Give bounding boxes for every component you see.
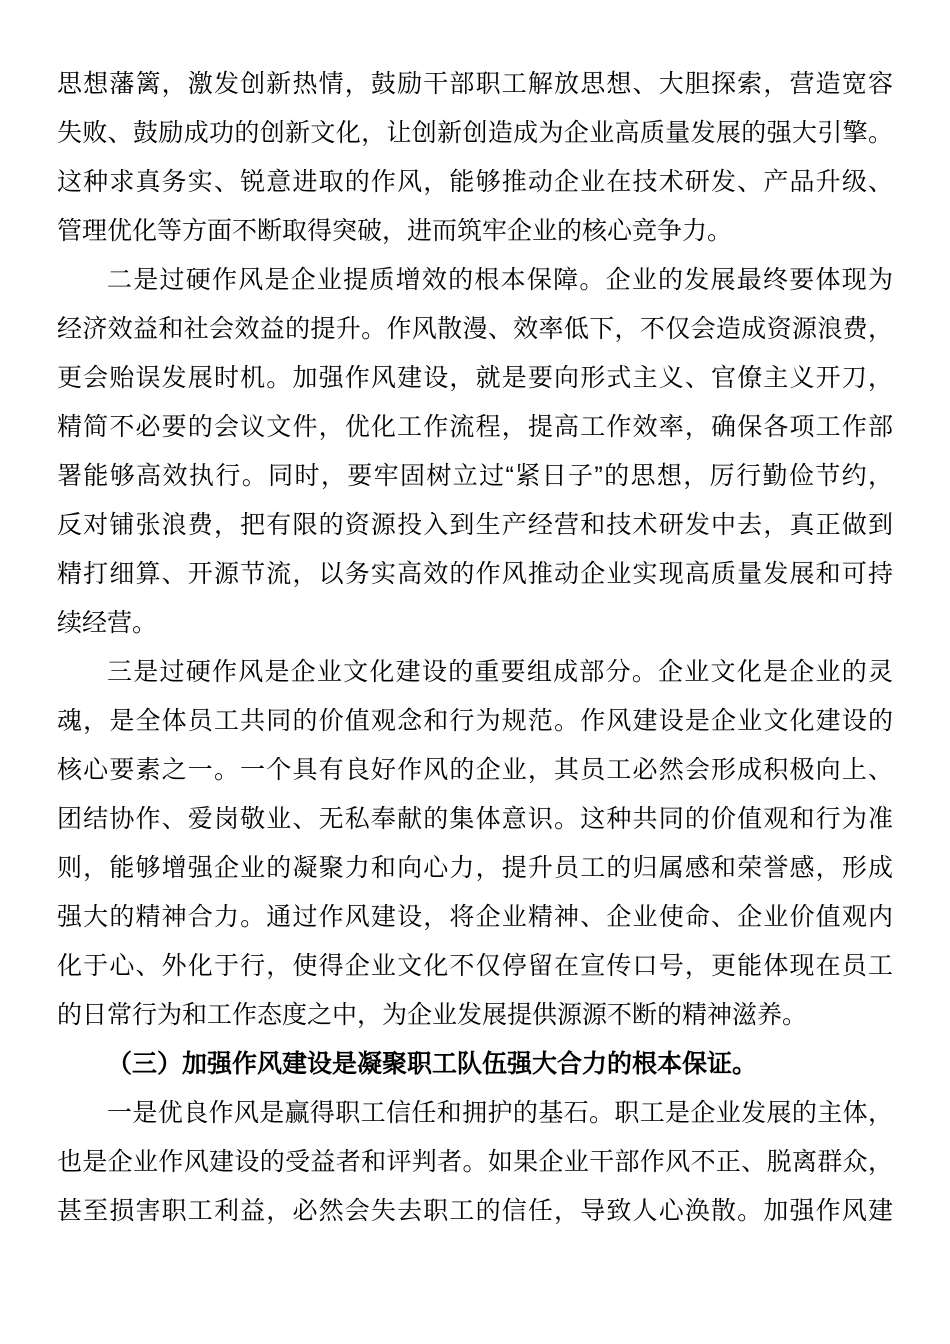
text-line: 经济效益和社会效益的提升。作风散漫、效率低下，不仅会造成资源浪费， [57,305,893,354]
text-line: 甚至损害职工利益，必然会失去职工的信任，导致人心涣散。加强作风建 [57,1187,893,1236]
paragraph: 一是优良作风是赢得职工信任和拥护的基石。职工是企业发展的主体，也是企业作风建设的… [57,1089,893,1236]
text-line: 精简不必要的会议文件，优化工作流程，提高工作效率，确保各项工作部 [57,403,893,452]
text-line: 失败、鼓励成功的创新文化，让创新创造成为企业高质量发展的强大引擎。 [57,109,893,158]
text-line: 思想藩篱，激发创新热情，鼓励干部职工解放思想、大胆探索，营造宽容 [57,60,893,109]
section-heading: （三）加强作风建设是凝聚职工队伍强大合力的根本保证。 [57,1040,893,1089]
document-page: 思想藩篱，激发创新热情，鼓励干部职工解放思想、大胆探索，营造宽容失败、鼓励成功的… [0,0,950,1344]
text-line: 精打细算、开源节流，以务实高效的作风推动企业实现高质量发展和可持 [57,550,893,599]
text-line: 二是过硬作风是企业提质增效的根本保障。企业的发展最终要体现为 [57,256,893,305]
paragraph: 二是过硬作风是企业提质增效的根本保障。企业的发展最终要体现为经济效益和社会效益的… [57,256,893,648]
text-line: 强大的精神合力。通过作风建设，将企业精神、企业使命、企业价值观内 [57,893,893,942]
text-line: 也是企业作风建设的受益者和评判者。如果企业干部作风不正、脱离群众， [57,1138,893,1187]
text-line: 则，能够增强企业的凝聚力和向心力，提升员工的归属感和荣誉感，形成 [57,844,893,893]
text-line: 署能够高效执行。同时，要牢固树立过“紧日子”的思想，厉行勤俭节约， [57,452,893,501]
text-line: 续经营。 [57,599,893,648]
paragraph: 思想藩篱，激发创新热情，鼓励干部职工解放思想、大胆探索，营造宽容失败、鼓励成功的… [57,60,893,256]
text-line: 管理优化等方面不断取得突破，进而筑牢企业的核心竞争力。 [57,207,893,256]
text-line: 化于心、外化于行，使得企业文化不仅停留在宣传口号，更能体现在员工 [57,942,893,991]
text-line: 反对铺张浪费，把有限的资源投入到生产经营和技术研发中去，真正做到 [57,501,893,550]
text-line: 魂，是全体员工共同的价值观念和行为规范。作风建设是企业文化建设的 [57,697,893,746]
text-line: 更会贻误发展时机。加强作风建设，就是要向形式主义、官僚主义开刀， [57,354,893,403]
text-line: （三）加强作风建设是凝聚职工队伍强大合力的根本保证。 [57,1040,893,1089]
text-line: 核心要素之一。一个具有良好作风的企业，其员工必然会形成积极向上、 [57,746,893,795]
text-line: 一是优良作风是赢得职工信任和拥护的基石。职工是企业发展的主体， [57,1089,893,1138]
text-line: 的日常行为和工作态度之中，为企业发展提供源源不断的精神滋养。 [57,991,893,1040]
paragraph: 三是过硬作风是企业文化建设的重要组成部分。企业文化是企业的灵魂，是全体员工共同的… [57,648,893,1040]
document-body: 思想藩篱，激发创新热情，鼓励干部职工解放思想、大胆探索，营造宽容失败、鼓励成功的… [57,60,893,1236]
text-line: 这种求真务实、锐意进取的作风，能够推动企业在技术研发、产品升级、 [57,158,893,207]
text-line: 三是过硬作风是企业文化建设的重要组成部分。企业文化是企业的灵 [57,648,893,697]
text-line: 团结协作、爱岗敬业、无私奉献的集体意识。这种共同的价值观和行为准 [57,795,893,844]
